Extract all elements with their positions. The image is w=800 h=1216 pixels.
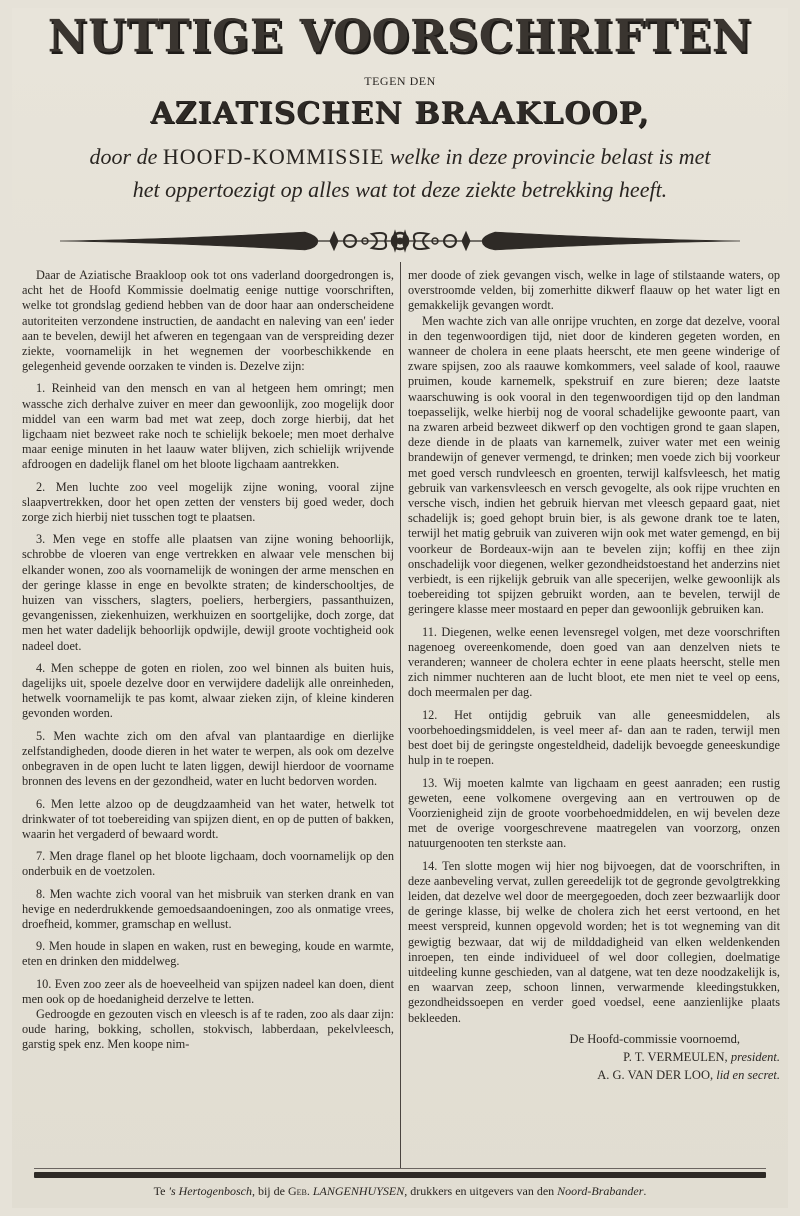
column-divider	[400, 262, 401, 1168]
rule-5: 5. Men wachte zich om den afval van plan…	[22, 729, 394, 790]
rule-9: 9. Men houde in slapen en waken, rust en…	[22, 939, 394, 969]
rule-2: 2. Men luchte zoo veel mogelijk zijne wo…	[22, 480, 394, 526]
footer-rule-thick	[34, 1172, 766, 1178]
rule-13: 13. Wij moeten kalmte van ligchaam en ge…	[408, 776, 780, 852]
imprint-city: 's Hertogenbosch	[168, 1184, 252, 1198]
signature-secretary: A. G. VAN DER LOO, lid en secret.	[408, 1066, 780, 1084]
rule-10-continuation: mer doode of ziek gevangen visch, welke …	[408, 268, 780, 314]
intro-paragraph: Daar de Aziatische Braakloop ook tot ons…	[22, 268, 394, 374]
document-description: door de HOOFD-KOMMISSIE welke in deze pr…	[0, 140, 800, 206]
rule-3: 3. Men vege en stoffe alle plaatsen van …	[22, 532, 394, 654]
document-title: NUTTIGE VOORSCHRIFTEN	[0, 11, 800, 64]
rule-7: 7. Men drage flanel op het bloote ligcha…	[22, 849, 394, 879]
rule-8: 8. Men wachte zich vooral van het misbru…	[22, 887, 394, 933]
footer-rule-thin	[34, 1168, 766, 1169]
signature-intro: De Hoofd-commissie voornoemd,	[408, 1030, 780, 1048]
printer-imprint: Te 's Hertogenbosch, bij de Geb. LANGENH…	[0, 1184, 800, 1199]
rule-12: 12. Het ontijdig gebruik van alle genees…	[408, 708, 780, 769]
right-column: mer doode of ziek gevangen visch, welke …	[408, 268, 780, 1084]
ornament-divider-icon	[60, 226, 740, 256]
document-subtitle: AZIATISCHEN BRAAKLOOP,	[0, 96, 800, 131]
description-line-2: het oppertoezigt op alles wat tot deze z…	[0, 173, 800, 206]
rule-6: 6. Men lette alzoo op de deugdzaamheid v…	[22, 797, 394, 843]
fruit-diet-paragraph: Men wachte zich van alle onrijpe vruchte…	[408, 314, 780, 618]
rule-4: 4. Men scheppe de goten en riolen, zoo w…	[22, 661, 394, 722]
rule-1: 1. Reinheid van den mensch en van al het…	[22, 381, 394, 472]
description-line-1: door de HOOFD-KOMMISSIE welke in deze pr…	[0, 140, 800, 173]
left-column: Daar de Aziatische Braakloop ook tot ons…	[22, 268, 394, 1053]
rule-10: 10. Even zoo zeer als de hoeveelheid van…	[22, 977, 394, 1007]
signature-president: P. T. VERMEULEN, president.	[408, 1048, 780, 1066]
imprint-newspaper: Noord-Brabander	[557, 1184, 643, 1198]
signature-block: De Hoofd-commissie voornoemd, P. T. VERM…	[408, 1030, 780, 1084]
rule-14: 14. Ten slotte mogen wij hier nog bijvoe…	[408, 859, 780, 1026]
rule-10-continued: Gedroogde en gezouten visch en vleesch i…	[22, 1007, 394, 1053]
imprint-printer: LANGENHUYSEN	[310, 1184, 404, 1198]
hoofd-kommissie: HOOFD-KOMMISSIE	[163, 144, 385, 169]
title-connector: TEGEN DEN	[0, 74, 800, 89]
rule-11: 11. Diegenen, welke eenen levensregel vo…	[408, 625, 780, 701]
